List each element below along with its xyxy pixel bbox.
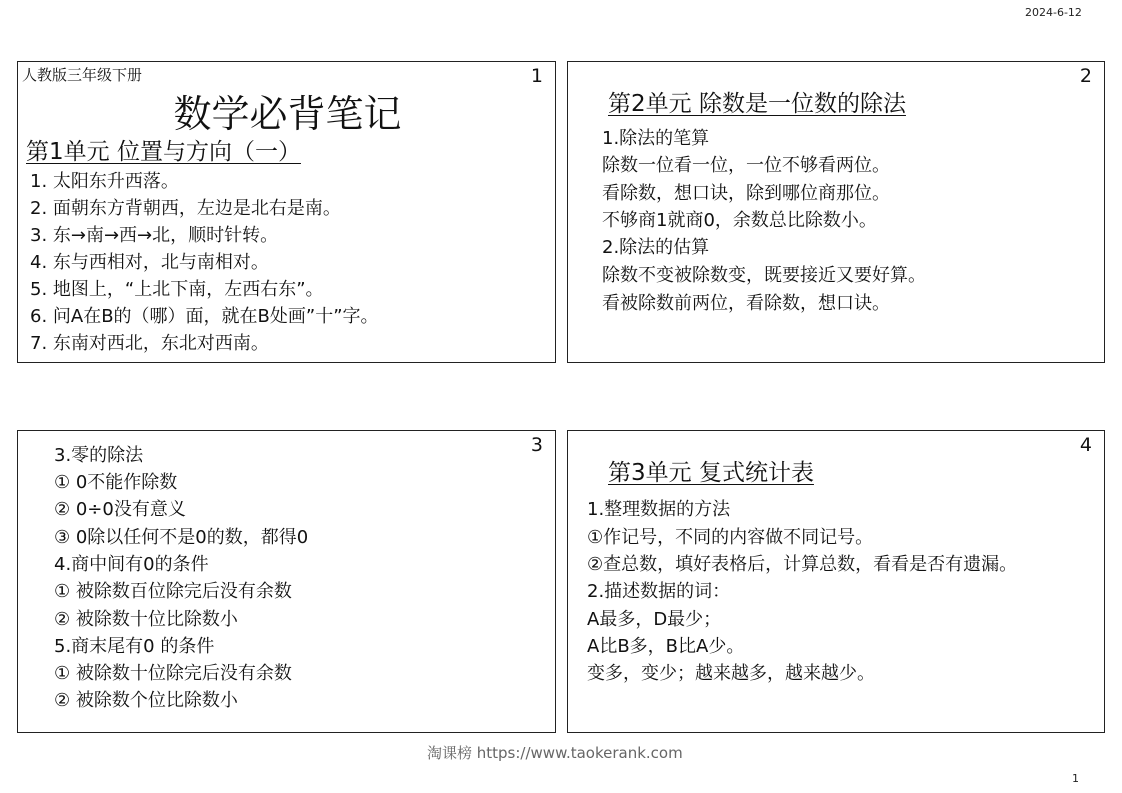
list-item: 不够商1就商0，余数总比除数小。 [602,210,877,232]
unit-heading: 第2单元 除数是一位数的除法 [608,90,906,118]
slide-number: 4 [1080,434,1092,456]
slide-number: 2 [1080,65,1092,87]
list-item: A最多，D最少； [587,609,721,631]
list-item: ① 被除数百位除完后没有余数 [54,581,292,603]
publisher-label: 人教版三年级下册 [22,64,142,85]
section-heading: 2.描述数据的词： [587,581,730,603]
list-item: 3. 东→南→西→北，顺时针转。 [30,225,278,247]
list-item: ① 被除数十位除完后没有余数 [54,663,292,685]
section-heading: 3.零的除法 [54,445,143,467]
list-item: ② 0÷0没有意义 [54,499,186,521]
list-item: 看除数，想口诀，除到哪位商那位。 [602,183,890,205]
list-item: 2. 面朝东方背朝西，左边是北右是南。 [30,198,341,220]
slide-number: 1 [531,65,543,87]
watermark-link[interactable]: 淘课榜 https://www.taokerank.com [427,742,683,763]
slide-4: 4 第3单元 复式统计表 1.整理数据的方法 ①作记号，不同的内容做不同记号。 … [567,430,1105,733]
slide-1: 人教版三年级下册 1 数学必背笔记 第1单元 位置与方向（一） 1. 太阳东升西… [17,61,556,363]
list-item: 6. 问A在B的（哪）面，就在B处画”十”字。 [30,306,379,328]
slide-3: 3 3.零的除法 ① 0不能作除数 ② 0÷0没有意义 ③ 0除以任何不是0的数… [17,430,556,733]
page-number: 1 [1072,772,1079,785]
list-item: ②查总数，填好表格后，计算总数，看看是否有遗漏。 [587,554,1017,576]
list-item: ② 被除数十位比除数小 [54,609,238,631]
section-heading: 1.整理数据的方法 [587,499,730,521]
unit-heading: 第3单元 复式统计表 [608,459,814,487]
list-item: 5. 地图上，“上北下南，左西右东”。 [30,279,324,301]
list-item: 看被除数前两位，看除数，想口诀。 [602,293,890,315]
print-date: 2024-6-12 [1025,6,1082,19]
slide-2: 2 第2单元 除数是一位数的除法 1.除法的笔算 除数一位看一位，一位不够看两位… [567,61,1105,363]
section-heading: 2.除法的估算 [602,237,709,259]
section-heading: 1.除法的笔算 [602,128,709,150]
list-item: ①作记号，不同的内容做不同记号。 [587,527,873,549]
list-item: ③ 0除以任何不是0的数，都得0 [54,527,308,549]
list-item: A比B多，B比A少。 [587,636,744,658]
list-item: 1. 太阳东升西落。 [30,171,179,193]
list-item: 除数一位看一位，一位不够看两位。 [602,155,890,177]
main-title: 数学必背笔记 [18,92,557,136]
unit-heading: 第1单元 位置与方向（一） [26,138,323,166]
list-item: ① 0不能作除数 [54,472,177,494]
section-heading: 4.商中间有0的条件 [54,554,209,576]
list-item: 4. 东与西相对，北与南相对。 [30,252,269,274]
list-item: 7. 东南对西北，东北对西南。 [30,333,269,355]
section-heading: 5.商末尾有0 的条件 [54,636,214,658]
list-item: 除数不变被除数变，既要接近又要好算。 [602,265,926,287]
slide-number: 3 [531,434,543,456]
list-item: ② 被除数个位比除数小 [54,690,238,712]
list-item: 变多，变少；越来越多，越来越少。 [587,663,875,685]
